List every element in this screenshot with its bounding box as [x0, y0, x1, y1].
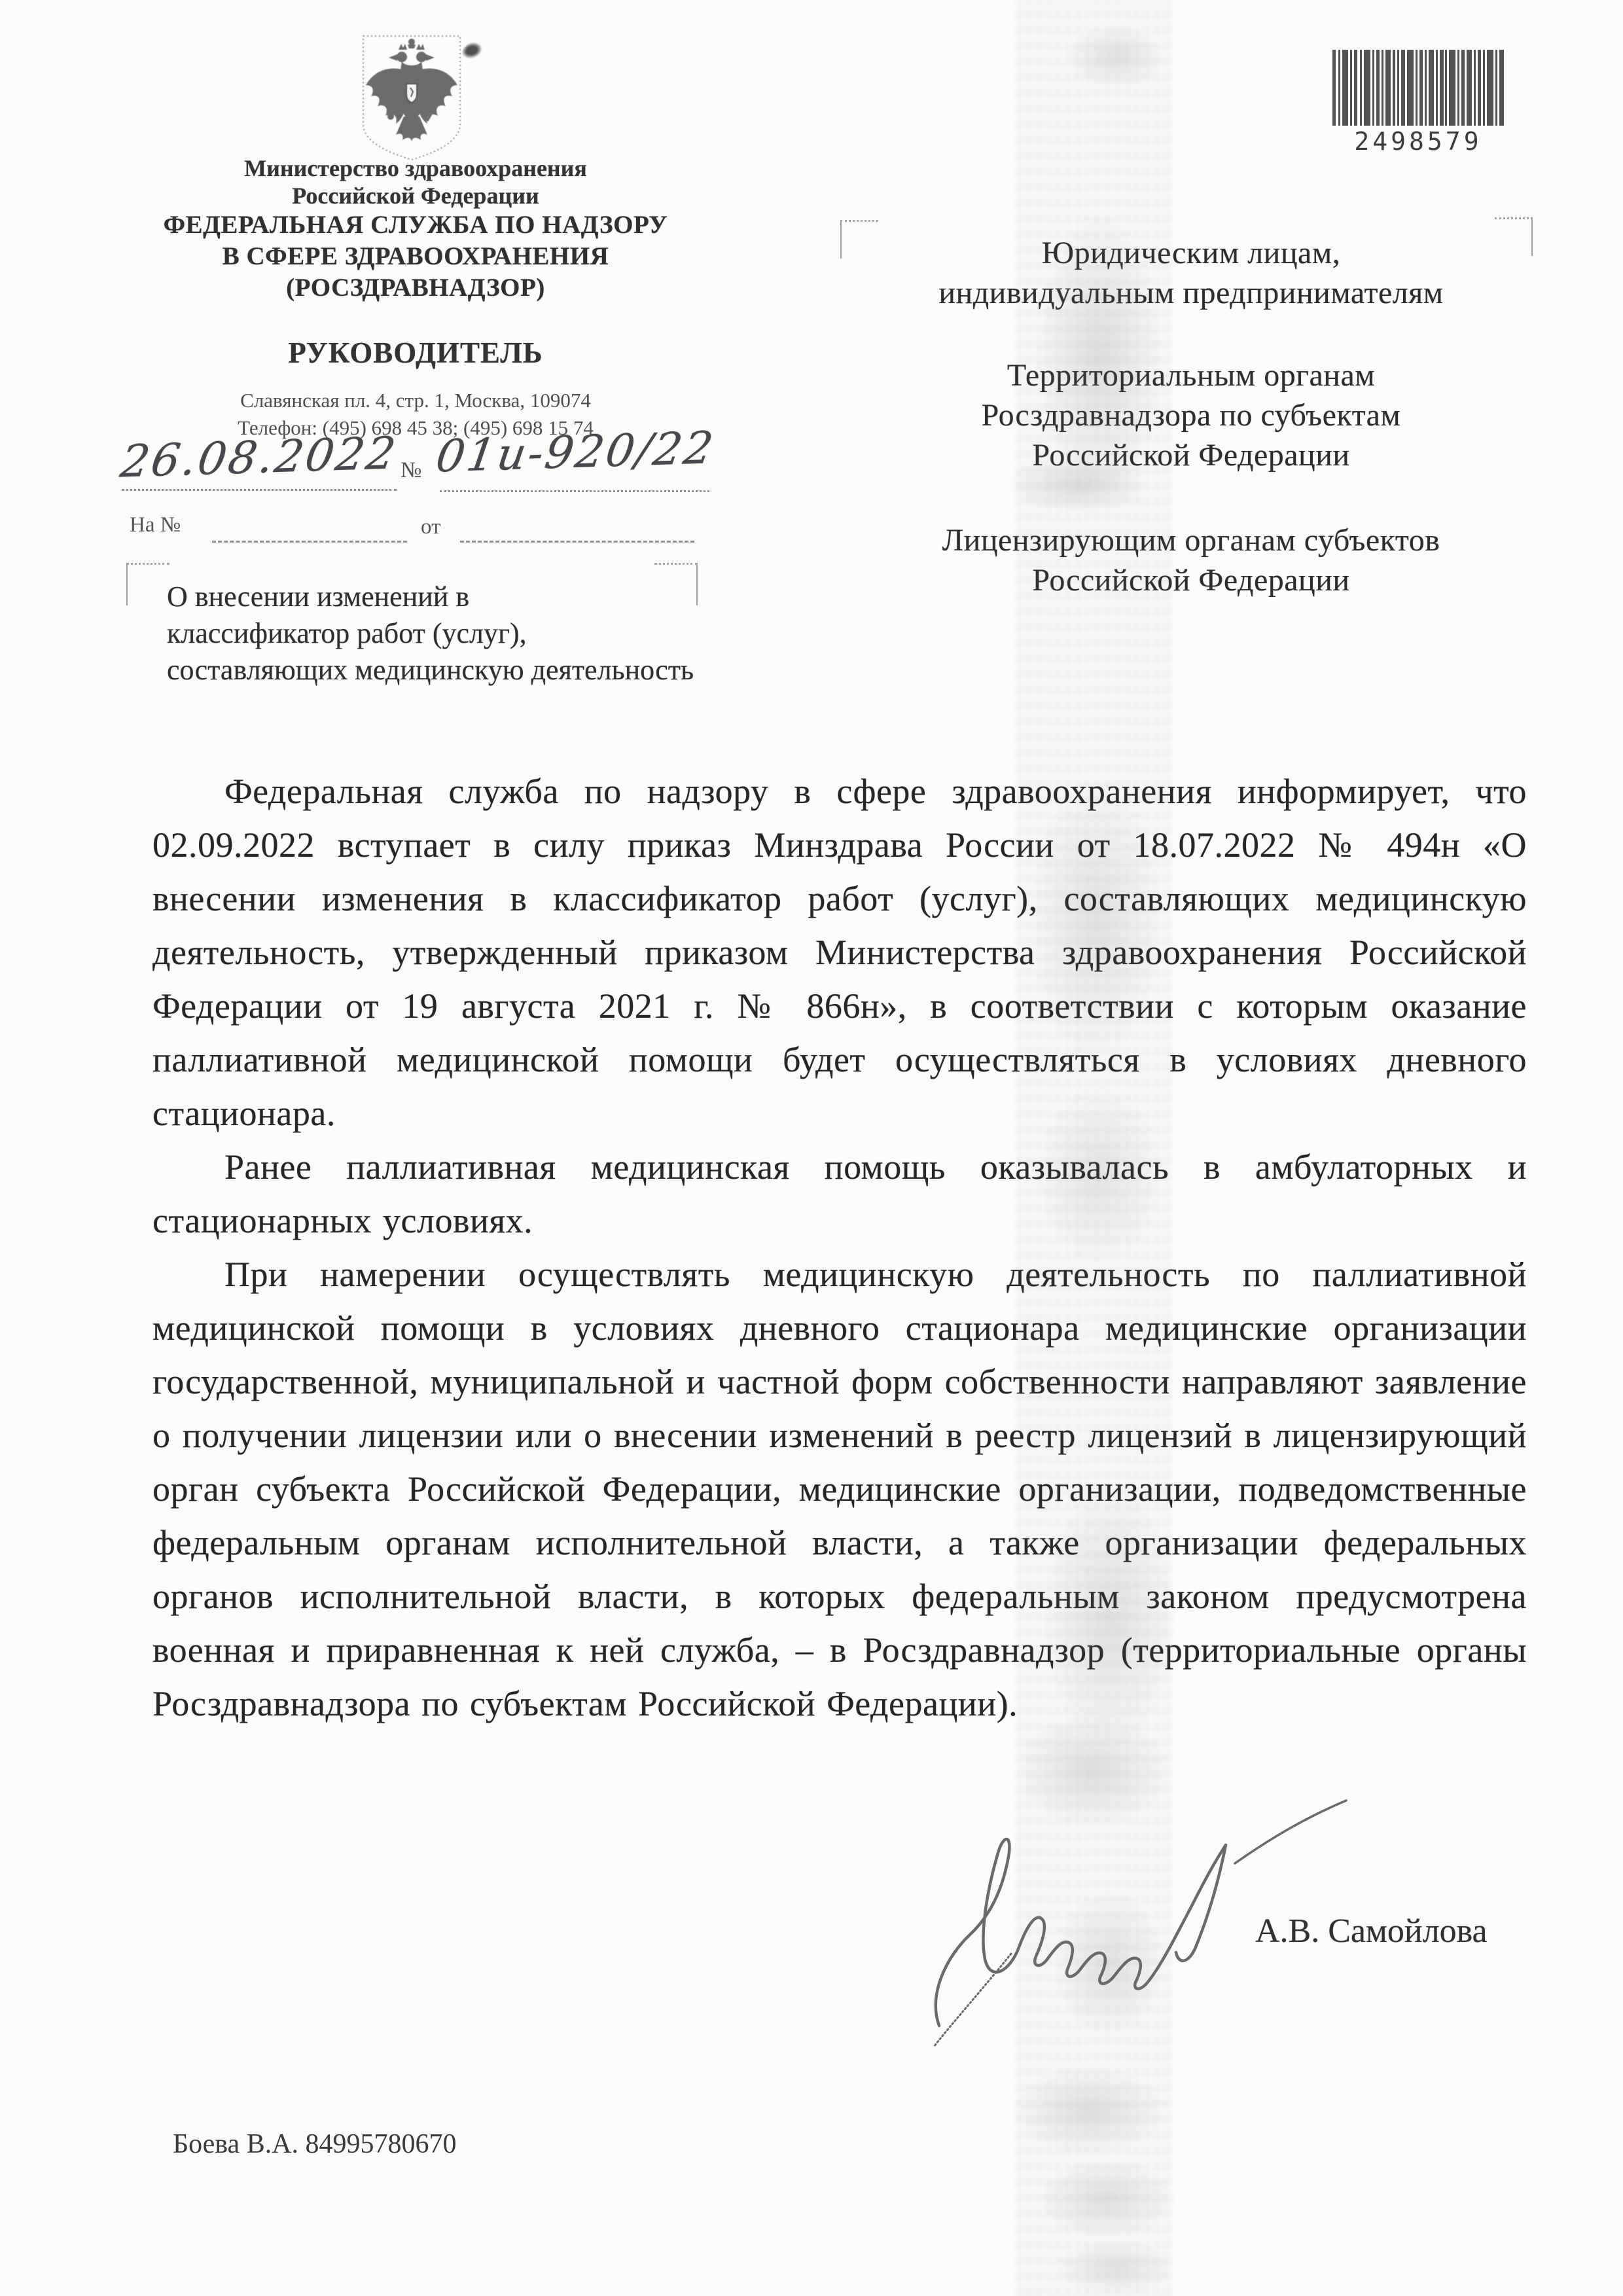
service-name-line3: (РОСЗДРАВНАДЗОР) [72, 272, 759, 304]
executor-contact: Боева В.А. 84995780670 [173, 2128, 457, 2160]
reference-number-blank [212, 541, 407, 543]
handwritten-outgoing-number: 01и-920/22 [433, 422, 718, 482]
russia-coat-of-arms-icon [355, 33, 468, 164]
date-underline [122, 489, 397, 491]
reference-number-label: На № [130, 513, 181, 537]
recipient-line: Юридическим лицам, [831, 233, 1551, 273]
number-underline [440, 490, 709, 492]
recipients-group-licensing-bodies: Лицензирующим органам субъектов Российск… [831, 520, 1551, 600]
recipients-group-territorial-bodies: Территориальным органам Росздравнадзора … [831, 355, 1551, 475]
service-name-line2: В СФЕРЕ ЗДРАВООХРАНЕНИЯ [72, 241, 759, 272]
scanned-letter-page: Министерство здравоохранения Российской … [0, 0, 1623, 2296]
service-name-line1: ФЕДЕРАЛЬНАЯ СЛУЖБА ПО НАДЗОРУ [72, 209, 759, 241]
barcode-icon [1332, 50, 1504, 126]
ministry-name-line1: Министерство здравоохранения [72, 154, 759, 182]
reference-from-label: от [421, 515, 441, 539]
subject-corner-mark-left [126, 563, 169, 605]
body-paragraph-1: Федеральная служба по надзору в сфере зд… [152, 764, 1527, 1140]
signer-name: А.В. Самойлова [1255, 1912, 1488, 1950]
bleed-smudge-artifact [1067, 26, 1165, 88]
bleed-smudge-artifact [1014, 2068, 1165, 2153]
subject-line2: классификатор работ (услуг), [167, 615, 743, 652]
subject-line3: составляющих медицинскую деятельность [167, 652, 743, 689]
body-paragraph-3: При намерении осуществлять медицинскую д… [152, 1247, 1527, 1731]
ministry-name: Министерство здравоохранения Российской … [72, 154, 759, 209]
ministry-name-line2: Российской Федерации [72, 182, 759, 209]
bleed-smudge-artifact [1057, 2242, 1175, 2294]
recipients-group-legal-entities: Юридическим лицам, индивидуальным предпр… [831, 233, 1551, 313]
bleed-smudge-artifact [1037, 2160, 1175, 2238]
recipient-line: индивидуальным предпринимателям [831, 273, 1551, 313]
subject-block: О внесении изменений в классификатор раб… [167, 579, 743, 689]
recipient-line: Территориальным органам [831, 355, 1551, 395]
letter-body: Федеральная служба по надзору в сфере зд… [152, 764, 1527, 1731]
handwritten-date: 26.08.2022 [117, 427, 401, 488]
body-paragraph-2: Ранее паллиативная медицинская помощь ок… [152, 1140, 1527, 1247]
barcode-number: 2498579 [1327, 127, 1509, 156]
postal-address: Славянская пл. 4, стр. 1, Москва, 109074 [72, 389, 759, 412]
service-name: ФЕДЕРАЛЬНАЯ СЛУЖБА ПО НАДЗОРУ В СФЕРЕ ЗД… [72, 209, 759, 304]
recipient-line: Российской Федерации [831, 560, 1551, 600]
number-sign-label: № [401, 458, 421, 483]
recipient-line: Российской Федерации [831, 435, 1551, 475]
position-title: РУКОВОДИТЕЛЬ [72, 336, 759, 370]
reference-date-blank [460, 541, 694, 543]
recipient-line: Лицензирующим органам субъектов [831, 520, 1551, 560]
subject-line1: О внесении изменений в [167, 579, 743, 615]
recipient-line: Росздравнадзора по субъектам [831, 395, 1551, 435]
